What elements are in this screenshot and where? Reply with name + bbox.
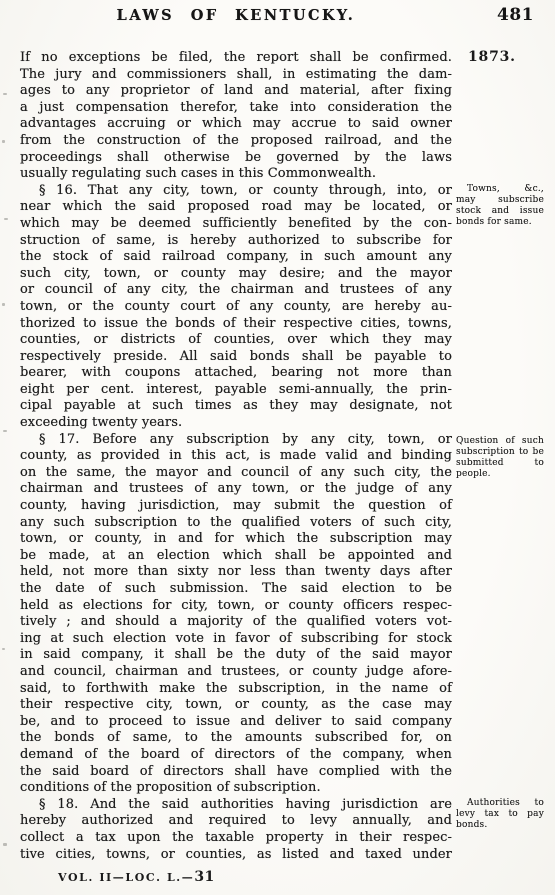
- text-line: be, and to proceed to issue and deliver …: [20, 714, 452, 731]
- text-line: hereby authorized and required to levy a…: [20, 813, 452, 830]
- body-paragraph: § 18. And the said authorities having ju…: [20, 797, 452, 863]
- text-line: and council, chairman and trustees, or c…: [20, 664, 452, 681]
- scan-speck: [2, 648, 5, 650]
- text-line: such city, town, or county may desire; a…: [20, 266, 452, 283]
- text-line: town, or the county court of any county,…: [20, 299, 452, 316]
- text-line: a just compensation therefor, take into …: [20, 100, 452, 117]
- scan-speck: [2, 303, 5, 306]
- text-line: collect a tax upon the taxable property …: [20, 830, 452, 847]
- text-line: tively ; and should a majority of the qu…: [20, 614, 452, 631]
- text-line: in said company, it shall be the duty of…: [20, 647, 452, 664]
- volume-footer: VOL. II—LOC. L.—31: [58, 869, 215, 885]
- scan-speck: [3, 430, 7, 432]
- text-line: the stock of said railroad company, in s…: [20, 249, 452, 266]
- text-line: demand of the board of directors of the …: [20, 747, 452, 764]
- text-line: from the construction of the proposed ra…: [20, 133, 452, 150]
- text-line: held as elections for city, town, or cou…: [20, 598, 452, 615]
- text-line: conditions of the proposition of subscri…: [20, 780, 452, 797]
- text-line: near which the said proposed road may be…: [20, 199, 452, 216]
- margin-note: Towns, &c., may subscribe stock and issu…: [456, 184, 544, 228]
- text-line: the date of such submission. The said el…: [20, 581, 452, 598]
- text-line: chairman and trustees of any town, or th…: [20, 481, 452, 498]
- text-line: which may be deemed sufficiently benefit…: [20, 216, 452, 233]
- scan-speck: [3, 93, 7, 95]
- volume-footer-number: 31: [194, 869, 214, 885]
- text-line: said, to forthwith make the subscription…: [20, 681, 452, 698]
- body-paragraph: § 17. Before any subscription by any cit…: [20, 432, 452, 797]
- body-paragraph: § 16. That any city, town, or county thr…: [20, 183, 452, 432]
- scan-speck: [2, 140, 5, 143]
- text-line: county, as provided in this act, is made…: [20, 448, 452, 465]
- scan-speck: [4, 218, 8, 220]
- scan-speck: [3, 843, 7, 846]
- text-line: § 16. That any city, town, or county thr…: [20, 183, 452, 200]
- margin-year: 1873.: [468, 49, 516, 65]
- text-line: held, not more than sixty nor less than …: [20, 564, 452, 581]
- text-line: ing at such election vote in favor of su…: [20, 631, 452, 648]
- text-line: any such subscription to the qualified v…: [20, 515, 452, 532]
- text-line: tive cities, towns, or counties, as list…: [20, 847, 452, 864]
- text-line: the bonds of same, to the amounts subscr…: [20, 730, 452, 747]
- text-line: The jury and commissioners shall, in est…: [20, 67, 452, 84]
- text-line: struction of same, is hereby authorized …: [20, 233, 452, 250]
- text-line: § 18. And the said authorities having ju…: [20, 797, 452, 814]
- scanned-book-page: LAWS OF KENTUCKY. 481 1873. If no except…: [0, 0, 555, 895]
- text-line: be made, at an election which shall be a…: [20, 548, 452, 565]
- margin-note: Authorities to levy tax to pay bonds.: [456, 798, 544, 831]
- page-number: 481: [497, 5, 534, 25]
- text-line: respectively preside. All said bonds sha…: [20, 349, 452, 366]
- running-head-title: LAWS OF KENTUCKY.: [20, 7, 452, 24]
- text-line: If no exceptions be filed, the report sh…: [20, 50, 452, 67]
- text-line: advantages accruing or which may accrue …: [20, 116, 452, 133]
- text-line: the said board of directors shall have c…: [20, 764, 452, 781]
- text-line: county, having jurisdiction, may submit …: [20, 498, 452, 515]
- text-line: counties, or districts of counties, over…: [20, 332, 452, 349]
- text-line: usually regulating such cases in this Co…: [20, 166, 452, 183]
- body-column: If no exceptions be filed, the report sh…: [20, 50, 452, 863]
- text-line: or council of any city, the chairman and…: [20, 282, 452, 299]
- volume-footer-label: VOL. II—LOC. L.—: [58, 871, 194, 884]
- body-paragraph: If no exceptions be filed, the report sh…: [20, 50, 452, 183]
- text-line: ages to any proprietor of land and mater…: [20, 83, 452, 100]
- text-line: bearer, with coupons attached, bearing n…: [20, 365, 452, 382]
- text-line: exceeding twenty years.: [20, 415, 452, 432]
- text-line: town, or county, in and for which the su…: [20, 531, 452, 548]
- text-line: thorized to issue the bonds of their res…: [20, 316, 452, 333]
- text-line: on the same, the mayor and council of an…: [20, 465, 452, 482]
- margin-note: Question of such subscription to be subm…: [456, 436, 544, 480]
- text-line: their respective city, town, or county, …: [20, 697, 452, 714]
- text-line: cipal payable at such times as they may …: [20, 398, 452, 415]
- text-line: eight per cent. interest, payable semi-a…: [20, 382, 452, 399]
- text-line: § 17. Before any subscription by any cit…: [20, 432, 452, 449]
- text-line: proceedings shall otherwise be governed …: [20, 150, 452, 167]
